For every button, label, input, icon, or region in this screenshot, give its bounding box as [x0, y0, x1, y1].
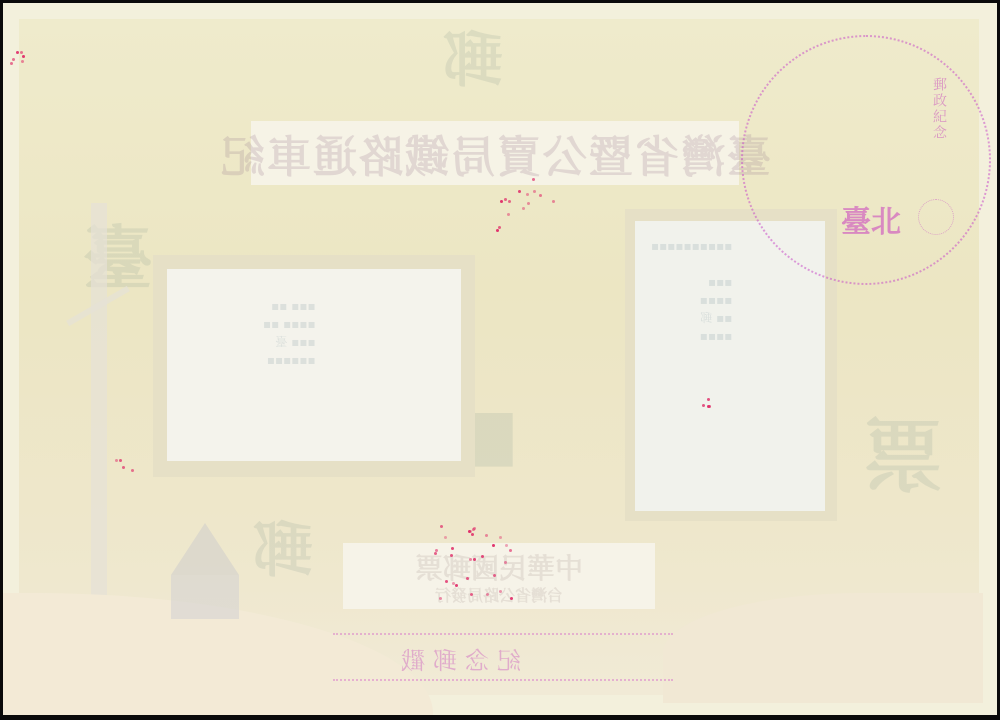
ghost-glyph: 郵: [443, 13, 503, 99]
ink-speck: [505, 544, 508, 547]
sheet-title: 臺灣省暨公賣局鐵路通車紀: [219, 121, 771, 185]
bottom-line-1: 中華民國郵票: [343, 547, 655, 587]
ink-speck: [119, 459, 122, 462]
ink-speck: [518, 190, 521, 193]
ink-speck: [440, 525, 443, 528]
ink-speck: [470, 593, 473, 596]
ink-speck: [473, 558, 476, 561]
stamp-left-ghost-text: ▪▪▪ ▪▪ ▪▪▪▪ ▪▪ ▪▪▪ 臺 ▪▪▪▪▪▪: [263, 297, 316, 369]
postmark-circle: 郵政紀念 臺北: [741, 35, 991, 285]
house-body: [171, 575, 239, 619]
tree-shape: [91, 203, 107, 623]
title-band: 臺灣省暨公賣局鐵路通車紀: [251, 121, 739, 185]
souvenir-sheet-back: 郵 臺 票 郵 局 ■ 臺灣省暨公賣局鐵路通車紀 ▪▪▪ ▪▪ ▪▪▪▪ ▪▪ …: [3, 3, 997, 715]
bottom-inscription-band: 中華民國郵票 台灣省公路局發行: [343, 543, 655, 609]
ink-speck: [131, 469, 134, 472]
ink-speck: [471, 533, 474, 536]
house-roof: [171, 523, 239, 575]
ink-speck: [552, 200, 555, 203]
ink-speck: [122, 466, 125, 469]
ghost-glyph: 票: [863, 393, 943, 508]
stamp-left: ▪▪▪ ▪▪ ▪▪▪▪ ▪▪ ▪▪▪ 臺 ▪▪▪▪▪▪: [153, 255, 475, 477]
ink-speck: [12, 58, 15, 61]
ink-speck: [504, 561, 507, 564]
cachet-text: 紀念郵戳: [393, 641, 521, 676]
stamp-left-face: ▪▪▪ ▪▪ ▪▪▪▪ ▪▪ ▪▪▪ 臺 ▪▪▪▪▪▪: [167, 269, 461, 461]
postmark-city: 臺北: [841, 197, 901, 241]
ink-speck: [500, 200, 503, 203]
postmark-side-text: 郵政紀念: [929, 77, 949, 141]
postmark-inner-circle: [918, 199, 954, 235]
ink-speck: [498, 226, 501, 229]
ink-speck: [526, 193, 529, 196]
commemorative-cachet: 紀念郵戳: [333, 633, 673, 681]
ink-speck: [434, 552, 437, 555]
bottom-line-2: 台灣省公路局發行: [343, 583, 655, 606]
ghost-glyph: 郵: [253, 503, 313, 589]
ink-speck: [10, 62, 13, 65]
ink-speck: [486, 593, 489, 596]
ink-speck: [527, 202, 530, 205]
stamp-right-ghost-text: ▪▪▪▪▪▪▪▪▪▪ ▪▪▪ ▪▪▪▪ ▪▪ 郵 ▪▪▪▪: [651, 237, 732, 345]
ink-speck: [508, 200, 511, 203]
ink-speck: [707, 398, 710, 401]
